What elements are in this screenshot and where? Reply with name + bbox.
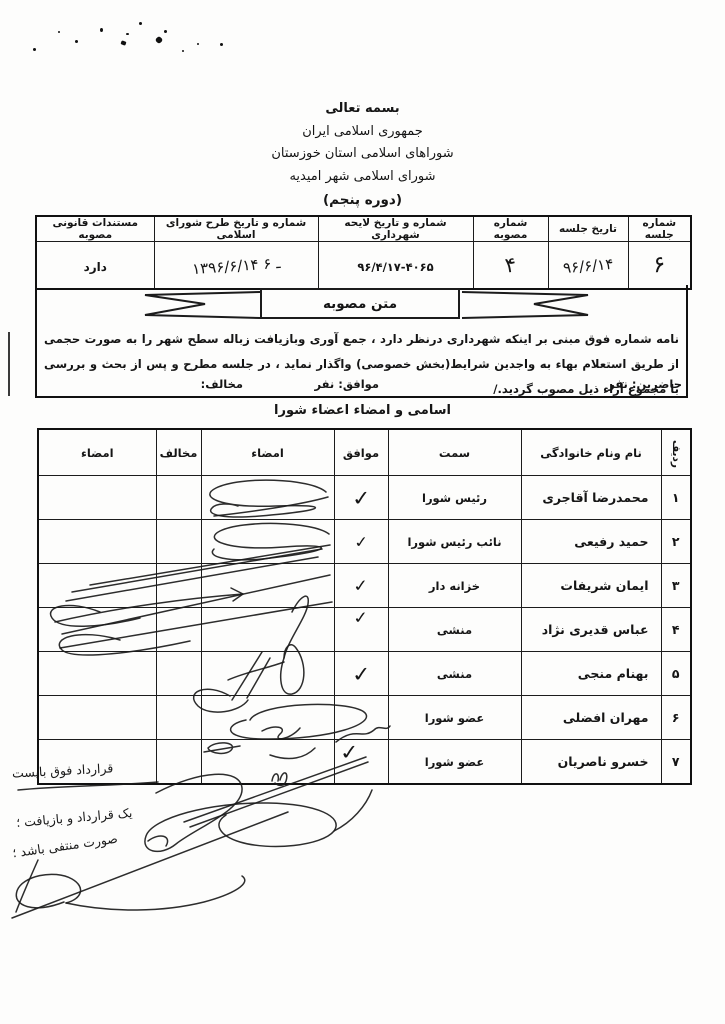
scanner-speck — [139, 22, 142, 25]
agree-checkmark: ✓ — [350, 661, 372, 687]
ribbon-tail-left — [145, 292, 260, 318]
disagree-cell — [156, 740, 201, 785]
disagree-count-label: مخالف: — [201, 377, 243, 391]
agree-checkmark: ✓ — [338, 739, 360, 765]
signature-scribble — [16, 874, 80, 907]
member-position: رئیس شورا — [388, 476, 521, 520]
member-position: خزانه دار — [388, 564, 521, 608]
ribbon-tail-right — [462, 292, 588, 318]
row-number: ۶ — [661, 696, 691, 740]
disagree-header: مخالف — [156, 429, 201, 476]
disagree-cell — [156, 520, 201, 564]
resolution-section: متن مصوبه نامه شماره فوق مبنی بر اینکه ش… — [35, 285, 688, 398]
member-row: ۳ ایمان شریفات خزانه دار ✓ — [38, 564, 691, 608]
member-row: ۲ حمید رفیعی نائب رئیس شورا ✓ — [38, 520, 691, 564]
row-number: ۷ — [661, 740, 691, 785]
member-name: حمید رفیعی — [521, 520, 661, 564]
attendees-label: حاضرین: نفر — [608, 377, 682, 391]
scanned-document-page: بسمه تعالی جمهوری اسلامی ایران شوراهای ا… — [0, 0, 725, 1024]
row-number-header: ردیف — [661, 429, 691, 476]
disagree-cell — [156, 696, 201, 740]
agree-mark-cell: ✓ — [334, 564, 388, 608]
agree-mark-cell — [334, 696, 388, 740]
agree-mark-cell: ✓ — [334, 740, 388, 785]
agree-checkmark: ✓ — [350, 485, 372, 511]
handwritten-note-2: یک قرارداد و بازیافت ؛ — [16, 805, 133, 830]
row-number: ۲ — [661, 520, 691, 564]
row-number: ۱ — [661, 476, 691, 520]
session-info-table: شماره جلسه تاریخ جلسه شماره مصوبه شماره … — [35, 215, 692, 290]
info-header-row: شماره جلسه تاریخ جلسه شماره مصوبه شماره … — [36, 216, 691, 242]
resolution-banner: متن مصوبه — [260, 288, 460, 319]
disagree-cell — [156, 652, 201, 696]
position-header: سمت — [388, 429, 521, 476]
signature-header: امضاء — [201, 429, 334, 476]
resolution-number-value: ۴ — [473, 242, 548, 290]
member-position: عضو شورا — [388, 740, 521, 785]
member-name: محمدرضا آقاجری — [521, 476, 661, 520]
session-number-header: شماره جلسه — [628, 216, 691, 242]
member-row: ۵ بهنام منجی منشی ✓ — [38, 652, 691, 696]
members-header-row: ردیف نام ونام خانوادگی سمت موافق امضاء م… — [38, 429, 691, 476]
term-line: (دوره پنجم) — [0, 189, 725, 212]
plan-number-header: شماره و تاریخ طرح شورای اسلامی — [154, 216, 318, 242]
signature-cell — [201, 564, 334, 608]
row-number: ۵ — [661, 652, 691, 696]
signature2-cell — [38, 652, 156, 696]
member-name: عباس قدیری نژاد — [521, 608, 661, 652]
members-section-title: اسامی و امضاء اعضاء شورا — [0, 403, 725, 418]
member-row: ۷ خسرو ناصریان عضو شورا ✓ — [38, 740, 691, 785]
member-position: منشی — [388, 652, 521, 696]
signature-cell — [201, 652, 334, 696]
letterhead: بسمه تعالی جمهوری اسلامی ایران شوراهای ا… — [0, 98, 725, 212]
agree-checkmark: ✓ — [352, 575, 369, 596]
signature2-cell — [38, 564, 156, 608]
member-row: ۴ عباس قدیری نژاد منشی ✓ — [38, 608, 691, 652]
row-number: ۳ — [661, 564, 691, 608]
signature2-cell — [38, 696, 156, 740]
scanner-speck — [58, 31, 60, 33]
handwritten-note-3: صورت منتفی باشد ؛ — [11, 831, 118, 861]
full-name-header: نام ونام خانوادگی — [521, 429, 661, 476]
scanner-speck — [33, 48, 36, 51]
member-name: ایمان شریفات — [521, 564, 661, 608]
signature-cell — [201, 740, 334, 785]
member-name: مهران افضلی — [521, 696, 661, 740]
member-position: منشی — [388, 608, 521, 652]
disagree-cell — [156, 564, 201, 608]
member-name: خسرو ناصریان — [521, 740, 661, 785]
resolution-number-header: شماره مصوبه — [473, 216, 548, 242]
disagree-cell — [156, 476, 201, 520]
scanner-speck — [100, 28, 103, 32]
member-row: ۶ مهران افضلی عضو شورا — [38, 696, 691, 740]
scanner-speck — [164, 30, 167, 33]
scanner-speck — [220, 43, 223, 46]
scanner-speck — [197, 43, 199, 45]
agree-count-label: موافق: نفر — [314, 377, 379, 391]
signature-cell — [201, 696, 334, 740]
disagree-cell — [156, 608, 201, 652]
signature-cell — [201, 476, 334, 520]
scanner-speck — [126, 33, 129, 35]
session-date-header: تاریخ جلسه — [548, 216, 628, 242]
member-name: بهنام منجی — [521, 652, 661, 696]
info-value-row: ۶ ۹۶/۶/۱۴ ۴ ۹۶/۴/۱۷-۴۰۶۵ ۱۳۹۶/۶/۱۴ ـ ۶ د… — [36, 242, 691, 290]
session-date-value: ۹۶/۶/۱۴ — [548, 242, 628, 290]
member-position: نائب رئیس شورا — [388, 520, 521, 564]
legal-docs-header: مستندات قانونی مصوبه — [36, 216, 154, 242]
agree-checkmark: ✓ — [352, 607, 369, 628]
scanner-speck — [75, 40, 78, 43]
agree-header: موافق — [334, 429, 388, 476]
agree-checkmark: ✓ — [353, 532, 369, 551]
vote-summary-row: حاضرین: نفر موافق: نفر مخالف: — [37, 377, 686, 395]
agree-mark-cell: ✓ — [334, 652, 388, 696]
member-position: عضو شورا — [388, 696, 521, 740]
bill-number-value: ۹۶/۴/۱۷-۴۰۶۵ — [318, 242, 473, 290]
scan-edge-artifact — [8, 332, 10, 396]
signature2-cell — [38, 520, 156, 564]
signature-scribble — [148, 836, 168, 846]
row-number: ۴ — [661, 608, 691, 652]
scanner-speck — [120, 40, 126, 45]
signature-scribble — [16, 860, 38, 912]
bill-number-header: شماره و تاریخ لایحه شهرداری — [318, 216, 473, 242]
signature2-cell — [38, 476, 156, 520]
signature-cell — [201, 520, 334, 564]
agree-mark-cell: ✓ — [334, 608, 388, 652]
signature2-cell — [38, 608, 156, 652]
legal-docs-value: دارد — [36, 242, 154, 290]
members-signature-table: ردیف نام ونام خانوادگی سمت موافق امضاء م… — [37, 428, 692, 785]
signature-scribble — [66, 876, 245, 910]
scanner-speck — [182, 50, 184, 52]
bismillah-line: بسمه تعالی — [0, 98, 725, 121]
signature-scribble — [145, 774, 336, 851]
signature-cell — [201, 608, 334, 652]
signature-scribble — [334, 790, 372, 831]
province-line: شوراهای اسلامی استان خوزستان — [0, 143, 725, 166]
signature2-header: امضاء — [38, 429, 156, 476]
city-council-line: شورای اسلامی شهر امیدیه — [0, 166, 725, 189]
signature-scribble — [12, 812, 288, 918]
session-number-value: ۶ — [628, 242, 691, 290]
country-line: جمهوری اسلامی ایران — [0, 121, 725, 144]
agree-mark-cell: ✓ — [334, 476, 388, 520]
plan-number-value: ۱۳۹۶/۶/۱۴ ـ ۶ — [154, 242, 318, 290]
member-row: ۱ محمدرضا آقاجری رئیس شورا ✓ — [38, 476, 691, 520]
agree-mark-cell: ✓ — [334, 520, 388, 564]
scanner-speck — [155, 36, 163, 44]
